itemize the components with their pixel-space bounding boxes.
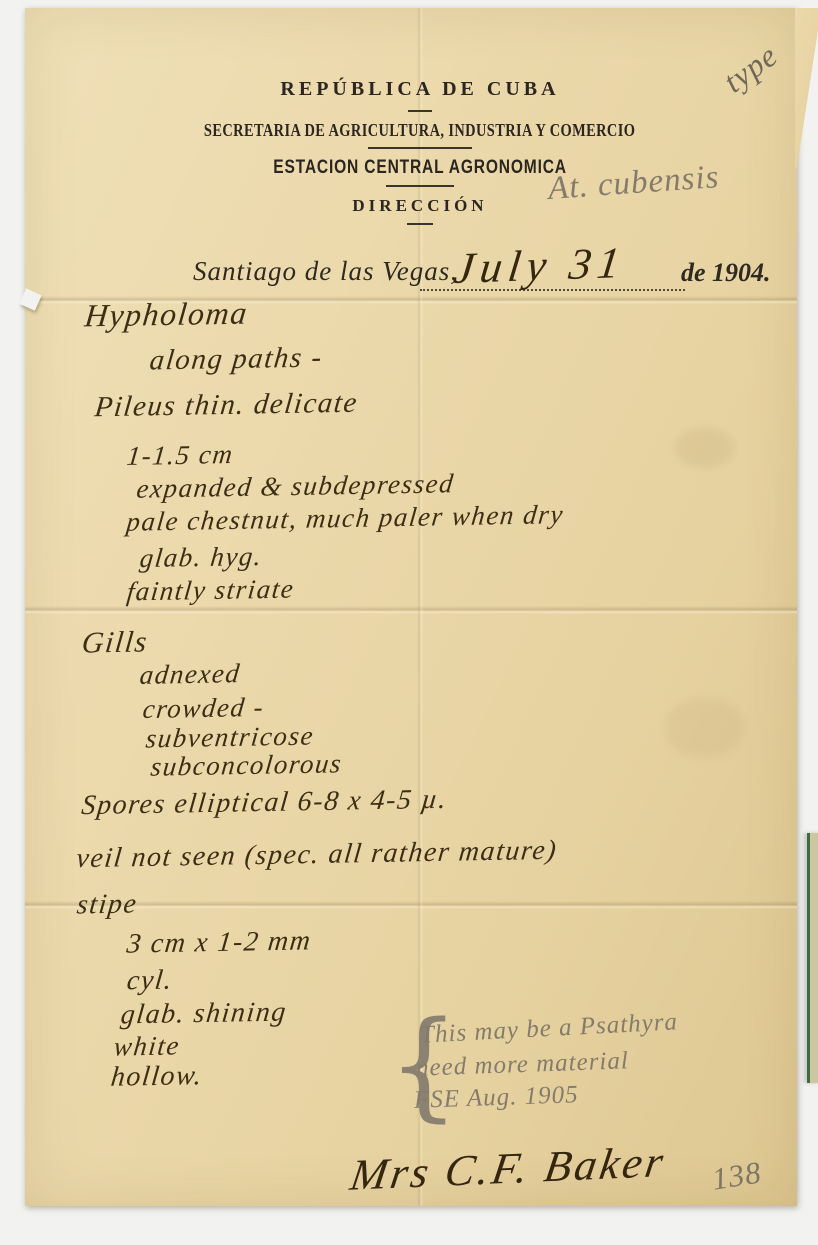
stain [665, 698, 745, 758]
note-line: stipe [75, 888, 139, 921]
stain [675, 428, 735, 468]
fold-crease [25, 901, 797, 909]
note-line: glab. shining [119, 997, 288, 1032]
letterhead-station: ESTACION CENTRAL AGRONOMICA [273, 157, 567, 179]
note-line: 1-1.5 cm [125, 439, 235, 472]
note-line: crowded - [141, 692, 266, 725]
specimen-number: 138 [709, 1154, 764, 1197]
letterhead-rule [407, 223, 433, 225]
adjacent-sheet-sliver [807, 833, 818, 1083]
dateline-year: de 1904. [681, 258, 771, 288]
pencil-note-line: FSE Aug. 1905 [414, 1081, 580, 1115]
letterhead-country: REPÚBLICA DE CUBA [120, 78, 720, 101]
note-line: faintly striate [125, 574, 296, 608]
paper-corner [795, 8, 818, 168]
letterhead-rule [368, 147, 472, 149]
handwritten-date: July 31 [451, 237, 628, 294]
fold-crease [25, 606, 797, 614]
letterhead: REPÚBLICA DE CUBA SECRETARIA DE AGRICULT… [120, 78, 720, 225]
note-line: adnexed [138, 658, 242, 691]
edge-tear [19, 288, 41, 310]
note-line: white [112, 1030, 181, 1062]
note-line: cyl. [125, 965, 174, 998]
note-line: expanded & subdepressed [135, 468, 456, 505]
note-line: hollow. [109, 1060, 204, 1094]
note-line: subconcolorous [149, 748, 344, 782]
note-line: Hypholoma [83, 295, 250, 335]
scanned-document: REPÚBLICA DE CUBA SECRETARIA DE AGRICULT… [0, 0, 818, 1245]
dateline-place: Santiago de las Vegas, [193, 256, 458, 287]
note-line: Gills [80, 625, 150, 660]
letterhead-department: SECRETARIA DE AGRICULTURA, INDUSTRIA Y C… [204, 120, 635, 141]
letterhead-rule [386, 185, 454, 187]
note-line: 3 cm x 1-2 mm [125, 925, 313, 960]
note-line: along paths - [148, 341, 324, 377]
letterhead-rule [408, 110, 432, 112]
note-line: Pileus thin. delicate [93, 387, 360, 425]
note-line: Spores elliptical 6-8 x 4-5 µ. [80, 784, 449, 822]
note-line: glab. hyg. [138, 541, 264, 574]
